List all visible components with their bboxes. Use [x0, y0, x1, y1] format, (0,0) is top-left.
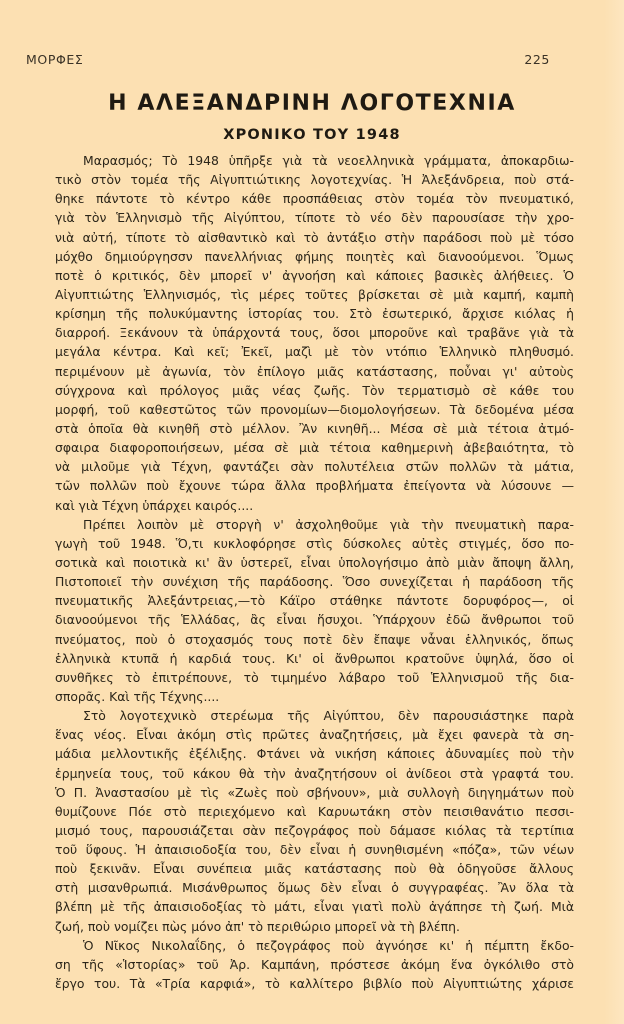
text-line: σοτικὰ καὶ ποιοτικὰ κι' ἂν ὑστερεῖ, εἶνα… — [55, 553, 574, 572]
text-line: στὰ ὁποῖα θὰ κινηθῆ στὸ μέλλον. Ἂν κινηθ… — [55, 419, 574, 438]
text-line: στὴ μισανθρωπιά. Μισάνθρωπος ὅμως δὲν εἶ… — [55, 878, 574, 897]
text-line: γωγὴ τοῦ 1948. Ὅ,τι κυκλοφόρησε στὶς δύσ… — [55, 534, 574, 553]
text-line: Αἰγυπτιώτης Ἑλληνισμός, τὶς μέρες τοῦτες… — [55, 285, 574, 304]
text-line: Ὁ Π. Ἀναστασίου μὲ τὶς «Ζωὲς ποὺ σβήνουν… — [55, 783, 574, 802]
text-line: μόχθο δημιούργησσν πανελλήνιας φήμης ποι… — [55, 247, 574, 266]
paragraph: Μαρασμός; Τὸ 1948 ὑπῆρξε γιὰ τὰ νεοελλην… — [55, 151, 574, 515]
text-line: Πιστοποιεῖ τὴν συνέχιση τῆς παράδοσης. Ὅ… — [55, 572, 574, 591]
text-line: Ὁ Νῖκος Νικολαΐδης, ὁ πεζογράφος ποὺ ἀγν… — [55, 936, 574, 955]
text-line: βλέπη μὲ τῆς ἀπαισιοδοξίας τὸ μάτι, εἶνα… — [55, 897, 574, 916]
text-line: περιμένουν μὲ ἀγωνία, τὸν ἐπίλογο μιᾶς κ… — [55, 362, 574, 381]
text-line: θυμίζουνε Πόε στὸ περιεχόμενο καὶ Καρυωτ… — [55, 802, 574, 821]
text-line: μισμό τους, παρουσιάζεται σὰν πεζογράφος… — [55, 821, 574, 840]
text-line: Πρέπει λοιπὸν μὲ στοργὴ ν' ἀσχοληθοῦμε γ… — [55, 515, 574, 534]
text-line: τοῦ ὕφους. Ἡ ἀπαισιοδοξία του, δὲν εἶναι… — [55, 840, 574, 859]
text-line: διαρροή. Ξεκάνουν τὰ ὑπάρχοντά τους, ὅσο… — [55, 323, 574, 342]
text-line: Στὸ λογοτεχνικὸ στερέωμα τῆς Αἰγύπτου, δ… — [55, 706, 574, 725]
text-line: διανοούμενοι τῆς Ἑλλάδας, ἂς εἶναι ἥσυχο… — [55, 610, 574, 629]
text-line: ἕνας νέος. Εἶναι ἀκόμη στὶς πρῶτες ἀναζη… — [55, 725, 574, 744]
text-line: ποὺ ξεκινᾶν. Εἶναι συνέπεια μιᾶς κατάστα… — [55, 859, 574, 878]
text-line: νιὰ αὐτή, τίποτε τὸ αἰσθαντικὸ καὶ τὸ ἀν… — [55, 228, 574, 247]
running-header: ΜΟΡΦΕΣ 225 — [26, 52, 550, 67]
text-line: σφαιρα διαφοροποιήσεων, μέσα σὲ μιὰ τέτο… — [55, 438, 574, 457]
text-line: μάδια μελλοντικῆς ἐξέλιξης. Φτάνει νὰ νι… — [55, 744, 574, 763]
paragraph: Στὸ λογοτεχνικὸ στερέωμα τῆς Αἰγύπτου, δ… — [55, 706, 574, 936]
text-line: Μαρασμός; Τὸ 1948 ὑπῆρξε γιὰ τὰ νεοελλην… — [55, 151, 574, 170]
text-line: ἑλληνικὰ κτυπᾶ ἡ καρδιά τους. Κι' οἱ ἄνθ… — [55, 649, 574, 668]
text-line: θηκε πάντοτε τὸ κέντρο κάθε προσπάθειας … — [55, 189, 574, 208]
page-edge — [604, 0, 624, 1024]
text-line: τικὸ στὸν τομέα τῆς Αἰγυπτιώτικης λογοτε… — [55, 170, 574, 189]
text-line: μεγάλα κέντρα. Καὶ κεῖ; Ἐκεῖ, μαζὶ μὲ τὸ… — [55, 342, 574, 361]
text-line: ἑρμηνεία τους, τοῦ κάκου θὰ τὴν ἀναζητήσ… — [55, 764, 574, 783]
text-line: σπορᾶς. Καὶ τῆς Τέχνης.... — [55, 687, 574, 706]
text-line: κρίσημη τῆς πολυκύμαντης ἱστορίας του. Σ… — [55, 304, 574, 323]
text-line: τῶν πολλῶν ποὺ ἔχουνε τώρα ἄλλα προβλήμα… — [55, 476, 574, 495]
text-line: πνευματικῆς Ἀλεξάντρειας,—τὸ Κάϊρο στάθη… — [55, 591, 574, 610]
text-line: ποτὲ ὁ κριτικός, δὲν μπορεῖ ν' ἀγνοήση κ… — [55, 266, 574, 285]
text-line: συνθῆκες τὸ ἐπιτρέπουνε, τὸ τιμημένο λάβ… — [55, 668, 574, 687]
text-line: πνεύματος, ποὺ ὁ στοχασμός τους ποτὲ δὲν… — [55, 630, 574, 649]
text-line: ἔργο του. Τὰ «Τρία καρφιά», τὸ καλλίτερο… — [55, 974, 574, 993]
text-line: μορφή, τοῦ καθεστῶτος τῶν προνομίων—διομ… — [55, 400, 574, 419]
paragraph: Πρέπει λοιπὸν μὲ στοργὴ ν' ἀσχοληθοῦμε γ… — [55, 515, 574, 706]
text-line: σύγχρονα καὶ πρόλογος μιᾶς νέας ζωῆς. Τὸ… — [55, 381, 574, 400]
text-line: νὰ μιλοῦμε γιὰ Τέχνη, φαντάζει σὰν πολυτ… — [55, 457, 574, 476]
article-subtitle: ΧΡΟΝΙΚΟ ΤΟΥ 1948 — [0, 127, 624, 143]
article-body: Μαρασμός; Τὸ 1948 ὑπῆρξε γιὰ τὰ νεοελλην… — [55, 151, 574, 993]
text-line: ση τῆς «Ἱστορίας» τοῦ Ἀρ. Καμπάνη, πρόστ… — [55, 955, 574, 974]
text-line: ζωή, ποὺ νομίζει πὼς μόνο ἀπ' τὸ περιθώρ… — [55, 917, 574, 936]
text-line: γιὰ τὸν Ἑλληνισμὸ τῆς Αἰγύπτου, τίποτε τ… — [55, 208, 574, 227]
page-number: 225 — [524, 52, 550, 67]
article-title: Η ΑΛΕΞΑΝΔΡΙΝΗ ΛΟΓΟΤΕΧΝΙΑ — [0, 91, 624, 116]
journal-name: ΜΟΡΦΕΣ — [26, 52, 83, 67]
text-line: καὶ γιὰ Τέχνη ὑπάρχει καιρός.... — [55, 496, 574, 515]
paragraph: Ὁ Νῖκος Νικολαΐδης, ὁ πεζογράφος ποὺ ἀγν… — [55, 936, 574, 993]
